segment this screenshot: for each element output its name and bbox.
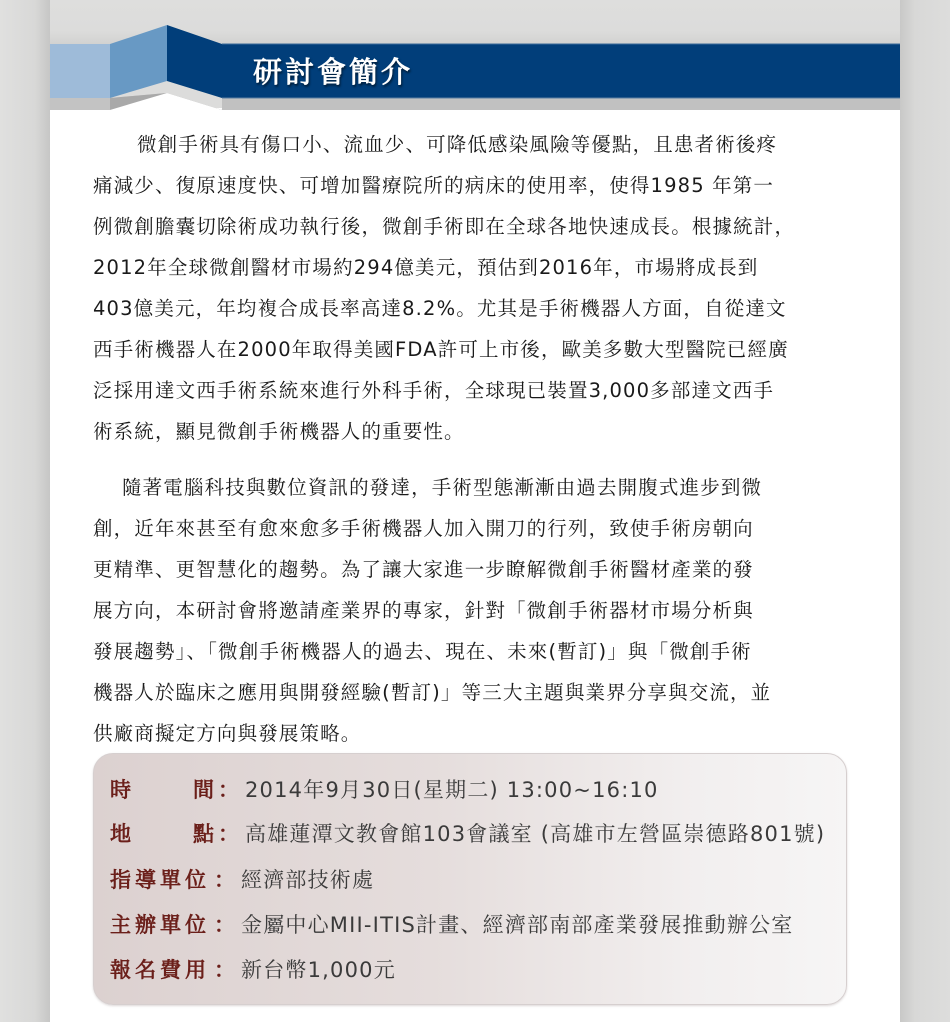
info-value-fee: 新台幣1,000元 [241,958,396,982]
intro-paragraph-1: 微創手術具有傷口小、流血少、可降低感染風險等優點，且患者術後疼 痛減少、復原速度… [93,124,855,452]
text-line: 泛採用達文西手術系統來進行外科手術，全球現已裝置3,000多部達文西手 [93,370,855,411]
text-line: 展方向，本研討會將邀請產業界的專家，針對「微創手術器材市場分析與 [93,590,855,631]
info-value-guidance: 經濟部技術處 [241,868,374,892]
intro-text: 微創手術具有傷口小、流血少、可降低感染風險等優點，且患者術後疼 痛減少、復原速度… [93,124,855,754]
text-line: 2012年全球微創醫材市場約294億美元，預估到2016年，市場將成長到 [93,247,855,288]
info-value-location: 高雄蓮潭文教會館103會議室 (高雄市左營區崇德路801號) [245,822,825,846]
info-label-guidance: 指導單位 [110,862,210,898]
text-line: 例微創膽囊切除術成功執行後，微創手術即在全球各地快速成長。根據統計， [93,206,855,247]
text-line: 痛減少、復原速度快、可增加醫療院所的病床的使用率，使得1985 年第一 [93,165,855,206]
folded-ribbon-icon [0,0,950,115]
text-line: 機器人於臨床之應用與開發經驗(暫訂)」等三大主題與業界分享與交流，並 [93,672,855,713]
info-colon: ： [214,913,235,937]
info-colon: ： [214,958,235,982]
page-background-right [900,0,950,1022]
info-colon: ： [214,868,235,892]
info-value-organizer: 金屬中心MII-ITIS計畫、經濟部南部產業發展推動辦公室 [241,913,793,937]
info-row-fee: 報名費用：新台幣1,000元 [110,952,396,988]
text-line: 創，近年來甚至有愈來愈多手術機器人加入開刀的行列，致使手術房朝向 [93,508,855,549]
intro-paragraph-2: 隨著電腦科技與數位資訊的發達，手術型態漸漸由過去開腹式進步到微 創，近年來甚至有… [93,467,855,754]
section-title: 研討會簡介 [253,52,413,92]
info-label-organizer: 主辦單位 [110,907,210,943]
info-colon: ： [218,822,239,846]
info-label-time: 時 間 [110,772,214,808]
section-header-ribbon: 研討會簡介 [0,0,950,115]
info-row-location: 地 點 ：高雄蓮潭文教會館103會議室 (高雄市左營區崇德路801號) [110,816,825,852]
info-row-guidance: 指導單位：經濟部技術處 [110,862,374,898]
info-row-organizer: 主辦單位：金屬中心MII-ITIS計畫、經濟部南部產業發展推動辦公室 [110,907,793,943]
text-line: 更精準、更智慧化的趨勢。為了讓大家進一步瞭解微創手術醫材產業的發 [93,549,855,590]
page-background-left [0,0,50,1022]
text-line: 供廠商擬定方向與發展策略。 [93,713,855,754]
text-line: 術系統，顯見微創手術機器人的重要性。 [93,411,855,452]
text-line: 隨著電腦科技與數位資訊的發達，手術型態漸漸由過去開腹式進步到微 [93,467,855,508]
info-row-time: 時 間 ：2014年9月30日(星期二) 13:00~16:10 [110,772,659,808]
info-label-fee: 報名費用 [110,952,210,988]
info-colon: ： [218,778,239,802]
text-line: 403億美元，年均複合成長率高達8.2%。尤其是手術機器人方面，自從達文 [93,288,855,329]
event-info-box: 時 間 ：2014年9月30日(星期二) 13:00~16:10 地 點 ：高雄… [93,753,847,1005]
info-label-location: 地 點 [110,816,214,852]
text-line: 微創手術具有傷口小、流血少、可降低感染風險等優點，且患者術後疼 [93,124,855,165]
text-line: 發展趨勢」、「微創手術機器人的過去、現在、未來(暫訂)」與「微創手術 [93,631,855,672]
text-line: 西手術機器人在2000年取得美國FDA許可上市後，歐美多數大型醫院已經廣 [93,329,855,370]
info-value-time: 2014年9月30日(星期二) 13:00~16:10 [245,778,659,802]
